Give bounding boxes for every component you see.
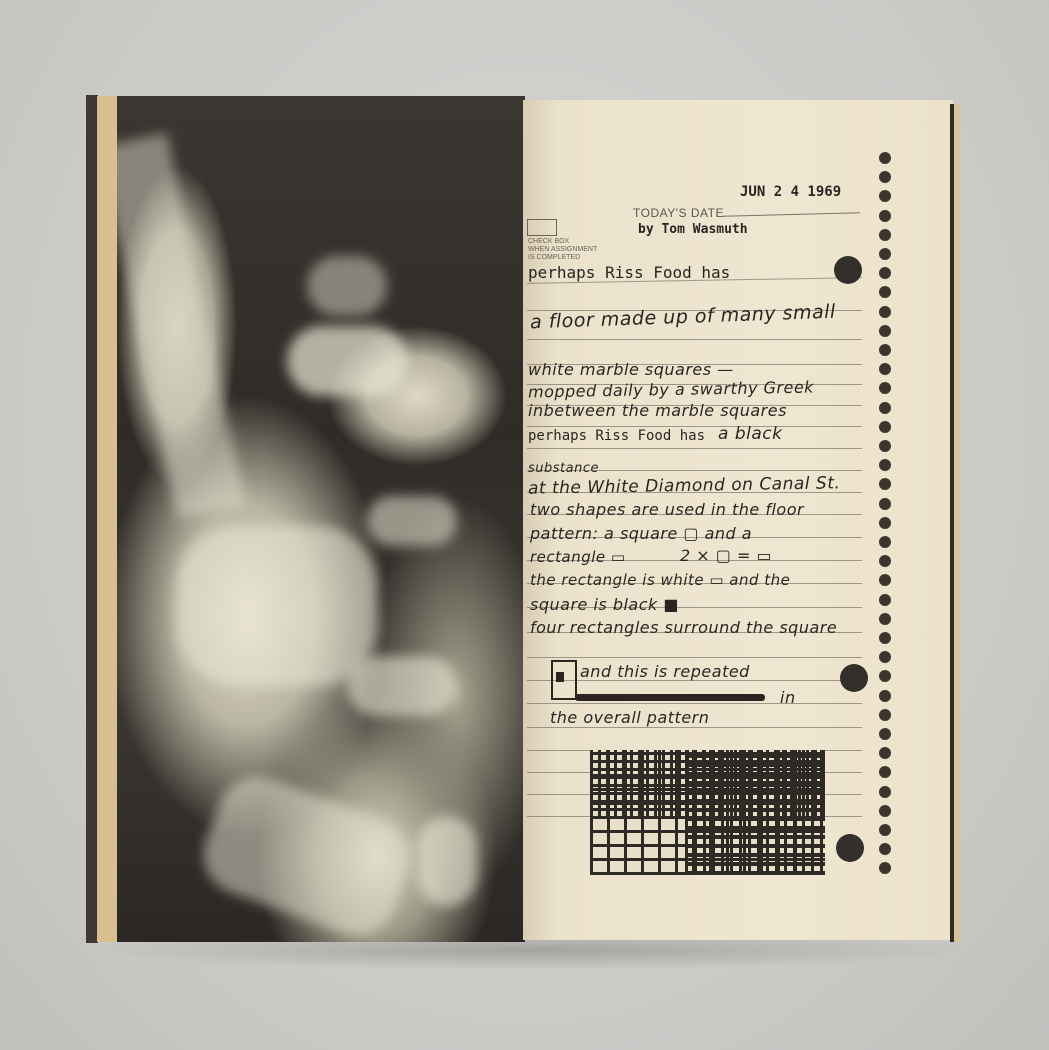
handwritten-line-17: the overall pattern	[550, 708, 709, 727]
date-stamp: JUN 2 4 1969	[740, 184, 841, 200]
spiral-hole	[879, 786, 891, 798]
spiral-hole	[879, 824, 891, 836]
spiral-hole	[879, 210, 891, 222]
date-label: TODAY'S DATE	[633, 206, 724, 220]
spiral-hole	[879, 632, 891, 644]
spiral-hole	[879, 805, 891, 817]
spiral-hole	[879, 613, 891, 625]
rule-line	[527, 339, 862, 340]
handwritten-line-9: two shapes are used in the floor	[530, 500, 804, 519]
spiral-hole	[879, 498, 891, 510]
binder-hole-top	[834, 256, 862, 284]
spiral-hole	[879, 690, 891, 702]
right-page-stack	[954, 104, 960, 942]
checkbox-label-2: WHEN ASSIGNMENT	[528, 246, 597, 254]
spiral-hole	[879, 306, 891, 318]
handwritten-line-6-continuation: a black	[718, 424, 782, 444]
spiral-hole	[879, 594, 891, 606]
spiral-hole	[879, 421, 891, 433]
spiral-hole	[879, 728, 891, 740]
binder-hole-bottom	[836, 834, 864, 862]
handwritten-line-13: square is black ■	[530, 595, 679, 614]
pattern-unit-icon	[551, 660, 577, 700]
binder-hole-middle	[840, 664, 868, 692]
handwritten-line-16: in	[780, 688, 796, 707]
struck-out-text	[575, 694, 765, 701]
spiral-hole	[879, 229, 891, 241]
floor-pattern-drawing	[590, 750, 825, 875]
rule-line	[527, 657, 862, 658]
handwritten-line-12: the rectangle is white ▭ and the	[530, 571, 790, 589]
spiral-hole	[879, 325, 891, 337]
spiral-hole	[879, 536, 891, 548]
handwritten-line-14: four rectangles surround the square	[530, 618, 837, 637]
handwritten-line-3: white marble squares —	[528, 360, 734, 379]
checkbox-label-3: IS COMPLETED	[528, 254, 580, 262]
spiral-hole	[879, 402, 891, 414]
handwritten-line-10: pattern: a square ▢ and a	[530, 524, 752, 543]
handwritten-line-15: and this is repeated	[580, 662, 750, 681]
rule-line	[527, 448, 862, 449]
spiral-hole	[879, 709, 891, 721]
spiral-hole	[879, 344, 891, 356]
rule-line	[527, 426, 862, 427]
byline: by Tom Wasmuth	[638, 222, 748, 237]
spiral-hole	[879, 152, 891, 164]
handwritten-line-7: substance	[528, 461, 599, 476]
spiral-hole	[879, 248, 891, 260]
typed-line-6: perhaps Riss Food has	[528, 428, 705, 444]
rule-line	[527, 703, 862, 704]
handwritten-line-5: inbetween the marble squares	[528, 401, 787, 420]
spiral-hole	[879, 440, 891, 452]
typed-line-1: perhaps Riss Food has	[528, 263, 730, 282]
checkbox-label-1: CHECK BOX	[528, 238, 569, 246]
handwritten-equation: 2 × ▢ = ▭	[680, 546, 772, 565]
rule-line	[527, 727, 862, 728]
handwritten-line-11: rectangle ▭	[530, 548, 626, 566]
left-page-margin	[97, 96, 117, 942]
completion-checkbox	[527, 219, 557, 236]
left-page-photograph	[117, 96, 525, 942]
spiral-hole	[879, 517, 891, 529]
